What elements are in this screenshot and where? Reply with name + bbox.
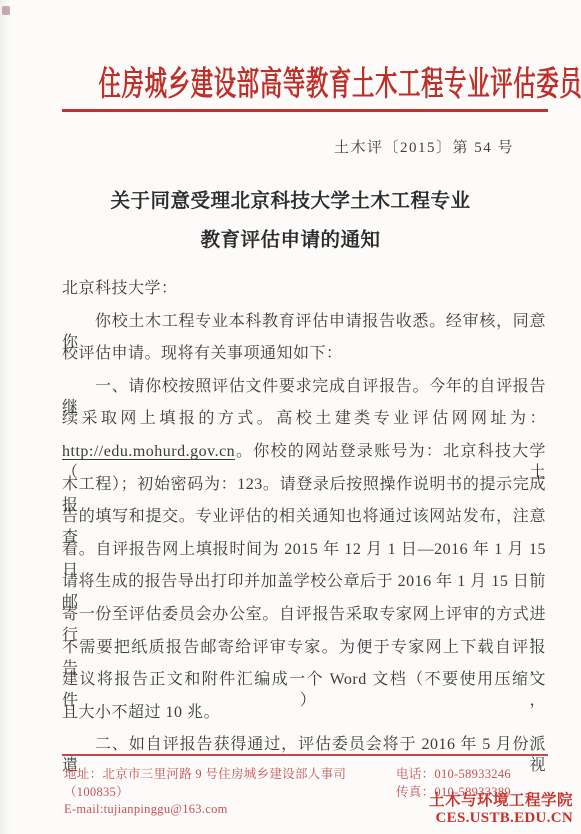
body-line: 木工程）；初始密码为：123。请登录后按照操作说明书的提示完成报 bbox=[62, 474, 546, 507]
document-page: 住房城乡建设部高等教育土木工程专业评估委员会 土木评〔2015〕第 54 号 关… bbox=[0, 0, 581, 834]
footer-phone: 电话：010-58933246 bbox=[396, 766, 571, 784]
body-text-segment: 续采取网上填报的方式。高校土建类专业评估网网址为： bbox=[62, 410, 546, 427]
body-text-segment: 北京科技大学： bbox=[62, 280, 178, 297]
body-line: 校评估申请。现将有关事项通知如下： bbox=[62, 343, 546, 376]
notice-title-line1: 关于同意受理北京科技大学土木工程专业 bbox=[0, 183, 581, 222]
evaluation-site-link[interactable]: http://edu.mohurd.gov.cn bbox=[62, 443, 235, 460]
body-text-segment: 校评估申请。现将有关事项通知如下： bbox=[62, 345, 343, 362]
header-divider bbox=[62, 109, 548, 112]
scan-corner-mark bbox=[2, 6, 10, 15]
body-line: 一、请你校按照评估文件要求完成自评报告。今年的自评报告继 bbox=[62, 376, 546, 409]
body-line: 告的填写和提交。专业评估的相关通知也将通过该网站发布，注意查 bbox=[62, 506, 546, 539]
body-line: 寄一份至评估委员会办公室。自评报告采取专家网上评审的方式进行， bbox=[62, 604, 546, 637]
body-text-segment: 且大小不超过 10 兆。 bbox=[62, 704, 220, 721]
body-line: 你校土木工程专业本科教育评估申请报告收悉。经审核，同意你 bbox=[62, 311, 546, 344]
body-text: 北京科技大学：你校土木工程专业本科教育评估申请报告收悉。经审核，同意你校评估申请… bbox=[62, 278, 546, 767]
body-line: 续采取网上填报的方式。高校土建类专业评估网网址为： bbox=[62, 408, 546, 441]
body-line: 北京科技大学： bbox=[62, 278, 546, 311]
watermark-college-name: 土木与环境工程学院 bbox=[333, 792, 573, 810]
body-line: 建议将报告正文和附件汇编成一个 Word 文档（不要使用压缩文件）， bbox=[62, 669, 546, 702]
org-header: 住房城乡建设部高等教育土木工程专业评估委员会 bbox=[0, 58, 581, 103]
body-line: 看。自评报告网上填报时间为 2015 年 12 月 1 日—2016 年 1 月… bbox=[62, 539, 546, 572]
body-line: 请将生成的报告导出打印并加盖学校公章后于 2016 年 1 月 15 日前邮 bbox=[62, 571, 546, 604]
watermark: 土木与环境工程学院 CES.USTB.EDU.CN bbox=[333, 792, 573, 827]
watermark-website: CES.USTB.EDU.CN bbox=[333, 810, 573, 828]
notice-title: 关于同意受理北京科技大学土木工程专业 教育评估申请的通知 bbox=[0, 183, 581, 260]
org-name: 住房城乡建设部高等教育土木工程专业评估委员会 bbox=[99, 56, 581, 105]
body-line: 不需要把纸质报告邮寄给评审专家。为便于专家网上下载自评报告， bbox=[62, 637, 546, 670]
scan-edge-artifact bbox=[0, 0, 10, 834]
footer-divider bbox=[62, 754, 548, 756]
doc-number: 土木评〔2015〕第 54 号 bbox=[0, 136, 514, 157]
body-line: 二、如自评报告获得通过，评估委员会将于 2016 年 5 月份派遣视 bbox=[62, 734, 546, 767]
body-line: http://edu.mohurd.gov.cn。你校的网站登录账号为：北京科技… bbox=[62, 441, 546, 474]
notice-title-line2: 教育评估申请的通知 bbox=[0, 222, 581, 261]
